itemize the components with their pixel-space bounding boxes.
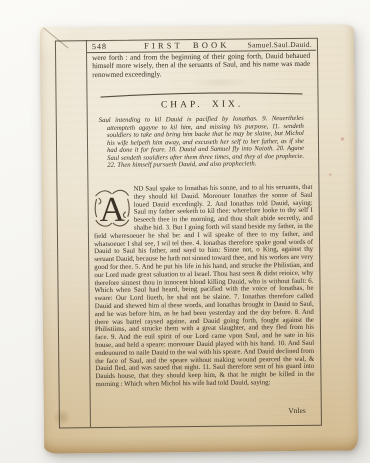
body-paragraph: A ND Saul spake to Ionathas his sonne, a… <box>93 184 314 389</box>
continuation-paragraph: were forth : and from the beginning of t… <box>92 52 310 79</box>
ornamental-initial-icon: A <box>93 187 130 229</box>
catchword: Vnles <box>288 406 306 415</box>
running-head-section: Samuel.Saul.Dauid. <box>248 40 312 50</box>
drop-cap-letter: A <box>99 190 125 229</box>
foxing-spot <box>340 136 345 141</box>
foxing-spot <box>328 173 332 177</box>
text-block: 548 FIRST BOOK Samuel.Saul.Dauid. were f… <box>87 38 320 427</box>
running-head-title: FIRST BOOK <box>126 40 248 50</box>
photo-background: 548 FIRST BOOK Samuel.Saul.Dauid. were f… <box>0 0 370 463</box>
body-text-block: A ND Saul spake to Ionathas his sonne, a… <box>93 184 314 408</box>
drop-cap-woodcut-initial: A <box>93 187 130 229</box>
chapter-heading: CHAP. XIX. <box>88 99 317 111</box>
chapter-argument: Saul intending to kil Dauid is pacified … <box>99 115 305 170</box>
book-page: 548 FIRST BOOK Samuel.Saul.Dauid. were f… <box>40 24 358 453</box>
page-number: 548 <box>92 42 126 51</box>
chapter-divider-rule <box>99 90 303 98</box>
